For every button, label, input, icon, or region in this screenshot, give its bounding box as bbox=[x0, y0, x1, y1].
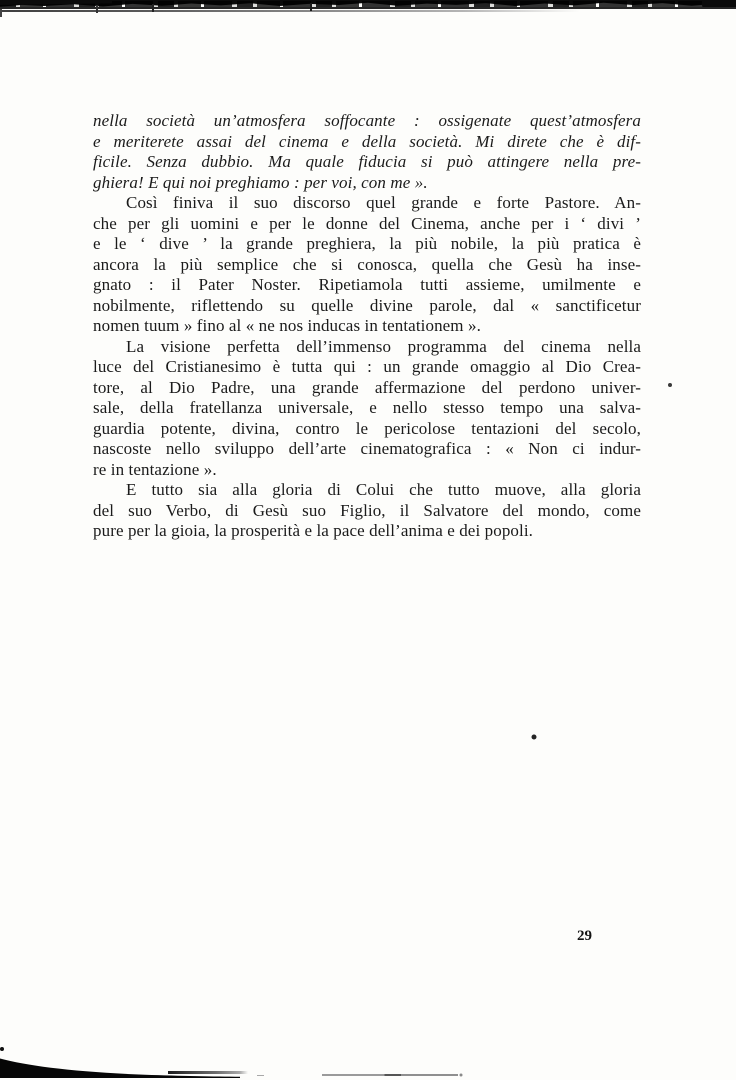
scan-speck-dots bbox=[0, 0, 2, 2]
text-line: Così finiva il suo discorso quel grande … bbox=[93, 193, 641, 214]
paragraph: nella società un’atmosfera soffocante : … bbox=[93, 111, 641, 193]
text-line: ficile. Senza dubbio. Ma quale fiducia s… bbox=[93, 152, 641, 173]
paragraph: La visione perfetta dell’immenso program… bbox=[93, 337, 641, 481]
torn-edge-underline bbox=[0, 7, 736, 9]
text-line: ancora la più semplice che si conosca, q… bbox=[93, 255, 641, 276]
left-margin-mark bbox=[0, 9, 2, 17]
text-line: guardia potente, divina, contro le peric… bbox=[93, 419, 641, 440]
page-curl-shadow-shape bbox=[0, 1054, 240, 1078]
text-line: nella società un’atmosfera soffocante : … bbox=[93, 111, 641, 132]
text-line: sale, della fratellanza universale, e ne… bbox=[93, 398, 641, 419]
text-line: La visione perfetta dell’immenso program… bbox=[93, 337, 641, 358]
text-line: nascoste nello sviluppo dell’arte cinema… bbox=[93, 439, 641, 460]
text-line: e le ‘ dive ’ la grande preghiera, la pi… bbox=[93, 234, 641, 255]
text-line: tore, al Dio Padre, una grande affermazi… bbox=[93, 378, 641, 399]
text-line: luce del Cristianesimo è tutta qui : un … bbox=[93, 357, 641, 378]
page-curl-shadow bbox=[0, 1054, 240, 1078]
text-line: e meriterete assai del cinema e della so… bbox=[93, 132, 641, 153]
text-line: gnato : il Pater Noster. Ripetiamola tut… bbox=[93, 275, 641, 296]
text-line: ghiera! E qui noi preghiamo : per voi, c… bbox=[93, 173, 641, 194]
paragraph: Così finiva il suo discorso quel grande … bbox=[93, 193, 641, 337]
page-number: 29 bbox=[577, 928, 592, 945]
bottom-scanner-streak bbox=[322, 1074, 458, 1076]
bottom-scanner-dash bbox=[257, 1075, 264, 1076]
text-line: che per gli uomini e per le donne del Ci… bbox=[93, 214, 641, 235]
text-line: re in tentazione ». bbox=[93, 460, 641, 481]
scanned-book-page: nella società un’atmosfera soffocante : … bbox=[0, 0, 736, 1080]
text-line: nomen tuum » fino al « ne nos inducas in… bbox=[93, 316, 641, 337]
text-line: del suo Verbo, di Gesù suo Figlio, il Sa… bbox=[93, 501, 641, 522]
scan-gray-line bbox=[2, 10, 580, 12]
text-line: nobilmente, riflettendo su quelle divine… bbox=[93, 296, 641, 317]
body-text: nella società un’atmosfera soffocante : … bbox=[93, 111, 641, 542]
text-line: E tutto sia alla gloria di Colui che tut… bbox=[93, 480, 641, 501]
page-curl-shadow-tail bbox=[168, 1071, 248, 1074]
paragraph: E tutto sia alla gloria di Colui che tut… bbox=[93, 480, 641, 542]
text-line: pure per la gioia, la prosperità e la pa… bbox=[93, 521, 641, 542]
scan-top-edge-artifact bbox=[0, 0, 736, 16]
